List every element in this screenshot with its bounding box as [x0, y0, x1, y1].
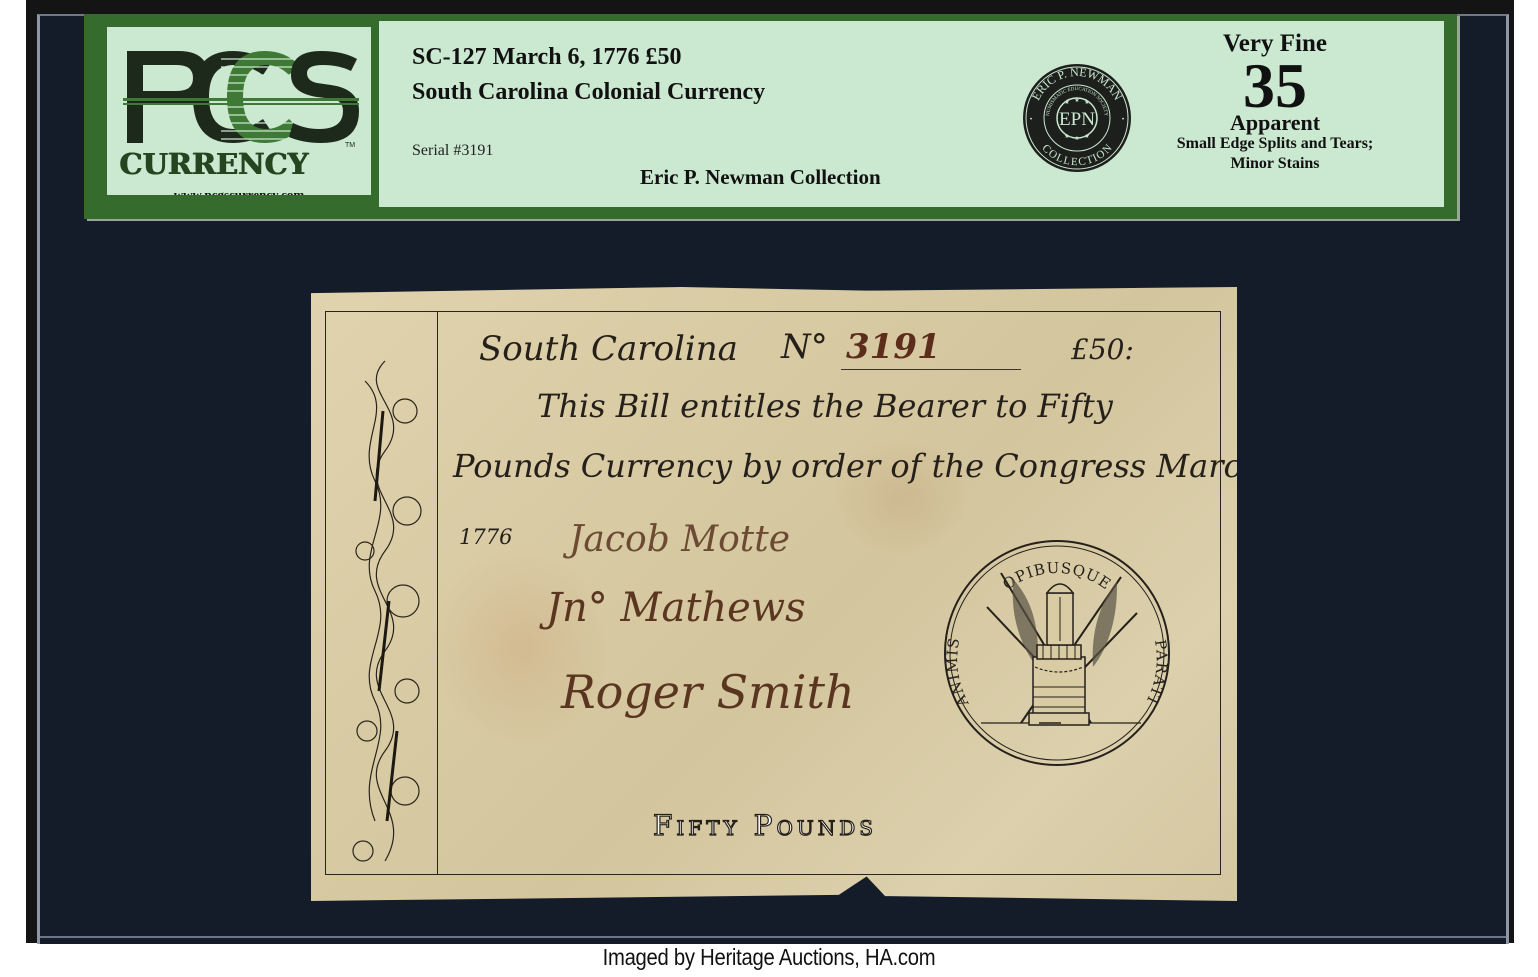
svg-text:★: ★	[1064, 133, 1069, 140]
svg-text:★: ★	[1074, 135, 1079, 142]
note-number-prefix: N°	[781, 327, 828, 367]
image-credit-caption: Imaged by Heritage Auctions, HA.com	[92, 944, 1445, 971]
grade-comment: Minor Stains	[1150, 154, 1400, 174]
signature: Jn° Mathews	[546, 585, 806, 631]
pcgs-logo: TM CURRENCY www.pcgscurrency.com	[95, 21, 379, 207]
note-state-name: South Carolina	[479, 329, 738, 369]
serial-number: Serial #3191	[412, 142, 493, 160]
banknote: South Carolina N° 3191 £50: This Bill en…	[311, 287, 1237, 901]
signature: Roger Smith	[561, 665, 855, 719]
logo-url: www.pcgscurrency.com	[107, 187, 371, 195]
pcgs-label: TM CURRENCY www.pcgscurrency.com SC-127 …	[84, 14, 1457, 219]
note-text-line1: This Bill entitles the Bearer to Fifty	[537, 387, 1113, 425]
svg-text:EPN: EPN	[1059, 109, 1095, 130]
note-amount: £50:	[1071, 333, 1134, 366]
svg-text:★: ★	[1084, 133, 1089, 140]
svg-text:★: ★	[1074, 97, 1079, 104]
note-serial-number: 3191	[846, 327, 941, 367]
signature: Jacob Motte	[569, 519, 790, 560]
colonial-seal-icon: OPIBUSQUE ANIMIS PARATI	[941, 537, 1173, 769]
epn-collection-seal-icon: ERIC P. NEWMAN COLLECTION NUMISMATIC EDU…	[1021, 62, 1133, 174]
pcgs-logo-mark-icon: TM	[121, 43, 361, 148]
denomination-text: Fifty Pounds	[653, 809, 877, 842]
note-year: 1776	[459, 525, 512, 549]
side-flourish-panel	[325, 311, 438, 875]
grade-qualifier: Apparent	[1150, 112, 1400, 134]
svg-text:•: •	[1029, 116, 1033, 123]
grade-block: Very Fine 35 Apparent Small Edge Splits …	[1150, 30, 1400, 174]
note-catalog-title: SC-127 March 6, 1776 £50	[412, 44, 682, 71]
svg-text:★: ★	[1064, 99, 1069, 106]
svg-text:•: •	[1121, 116, 1125, 123]
logo-currency-text: CURRENCY	[119, 147, 369, 181]
grade-number: 35	[1150, 60, 1400, 112]
svg-text:PARATI: PARATI	[1143, 638, 1171, 707]
svg-text:★: ★	[1084, 99, 1089, 106]
calligraphic-flourish-icon	[345, 351, 425, 871]
note-text-line2: Pounds Currency by order of the Congress…	[453, 447, 1326, 485]
collection-name: Eric P. Newman Collection	[640, 165, 881, 190]
grade-comment: Small Edge Splits and Tears;	[1150, 134, 1400, 154]
note-series-title: South Carolina Colonial Currency	[412, 79, 765, 106]
